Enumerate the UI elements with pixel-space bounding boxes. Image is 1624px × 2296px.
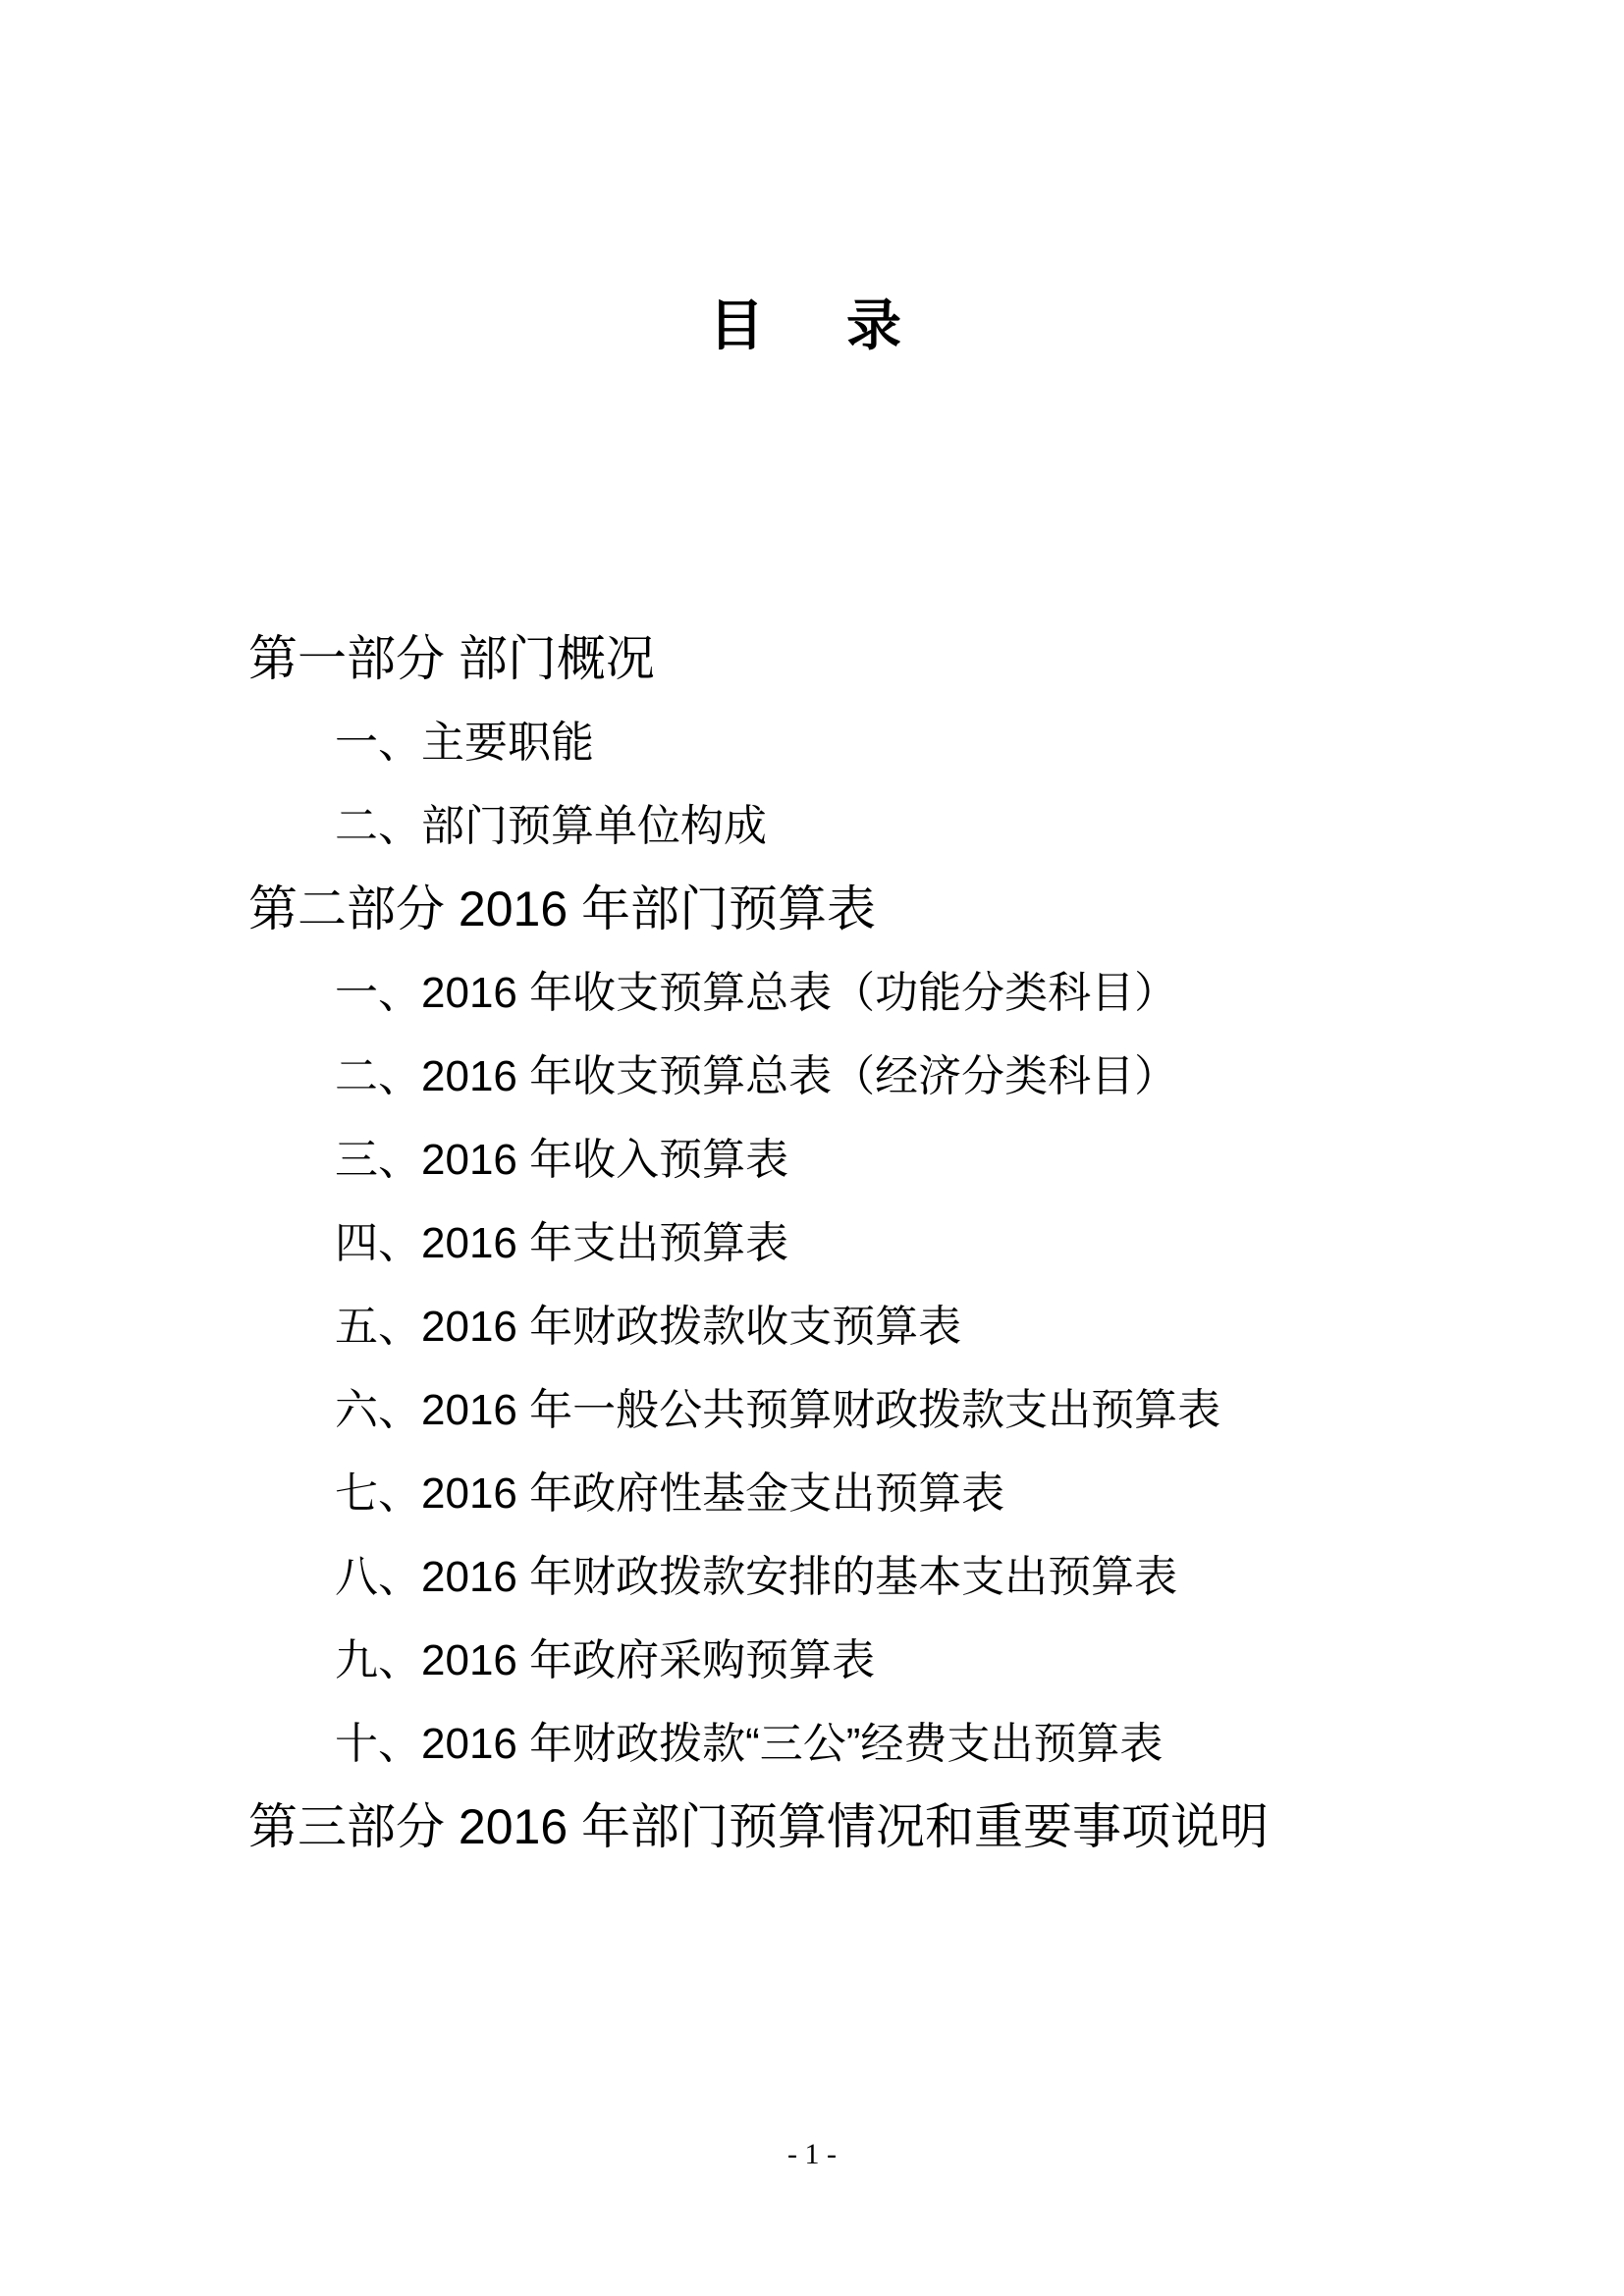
toc-section-2: 第二部分 2016 年部门预算表 bbox=[0, 863, 1624, 946]
toc-entry: 二、部门预算单位构成 bbox=[0, 779, 1624, 863]
toc-entry: 五、2016 年财政拨款收支预算表 bbox=[0, 1280, 1624, 1363]
toc-entry: 十、2016 年财政拨款“三公”经费支出预算表 bbox=[0, 1697, 1624, 1781]
document-page: 目 录 第一部分 部门概况 一、主要职能 二、部门预算单位构成 第二部分 201… bbox=[0, 0, 1624, 2296]
toc-entry: 四、2016 年支出预算表 bbox=[0, 1197, 1624, 1280]
toc-entry: 三、2016 年收入预算表 bbox=[0, 1113, 1624, 1197]
toc-entry: 一、主要职能 bbox=[0, 696, 1624, 779]
page-number: - 1 - bbox=[0, 2134, 1624, 2175]
toc-section-1: 第一部分 部门概况 bbox=[0, 613, 1624, 696]
page-title: 目 录 bbox=[0, 283, 1624, 369]
toc-entry: 八、2016 年财政拨款安排的基本支出预算表 bbox=[0, 1530, 1624, 1614]
toc-entry: 六、2016 年一般公共预算财政拨款支出预算表 bbox=[0, 1363, 1624, 1447]
toc-entry: 九、2016 年政府采购预算表 bbox=[0, 1614, 1624, 1697]
toc-entry: 二、2016 年收支预算总表（经济分类科目） bbox=[0, 1030, 1624, 1113]
toc-section-3: 第三部分 2016 年部门预算情况和重要事项说明 bbox=[0, 1781, 1624, 1864]
toc-entry: 七、2016 年政府性基金支出预算表 bbox=[0, 1447, 1624, 1530]
toc-entry: 一、2016 年收支预算总表（功能分类科目） bbox=[0, 946, 1624, 1030]
toc-list: 第一部分 部门概况 一、主要职能 二、部门预算单位构成 第二部分 2016 年部… bbox=[0, 613, 1624, 1864]
